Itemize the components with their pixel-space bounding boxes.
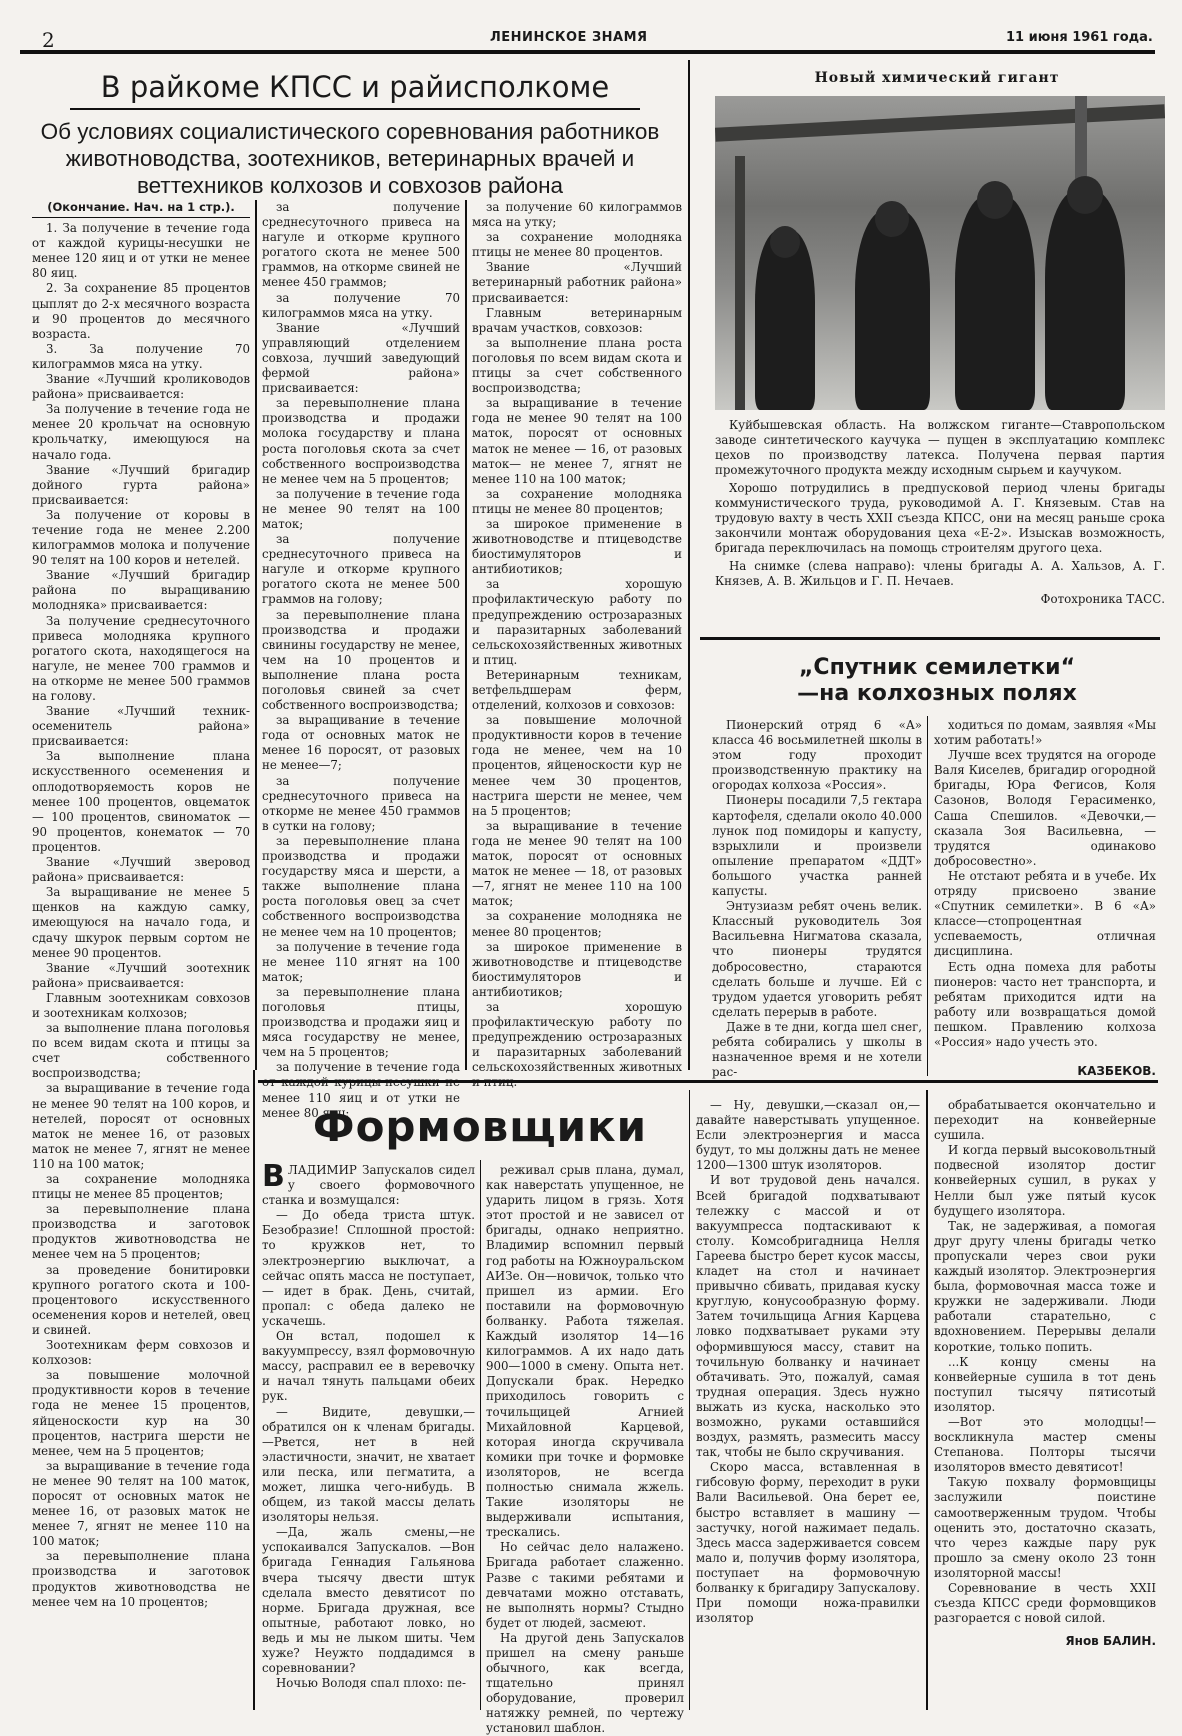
paragraph-list: за получение среднесуточного привеса на …	[262, 200, 460, 1121]
paragraph: За выращивание не менее 5 щенков на кажд…	[32, 885, 250, 960]
paragraph: за выполнение плана роста поголовья по в…	[472, 336, 682, 396]
masthead-rule	[20, 50, 1155, 54]
paragraph: за получение среднесуточного привеса на …	[262, 200, 460, 291]
paragraph: Звание «Лучший зоотехник района» присваи…	[32, 961, 250, 991]
paragraph: За получение в течение года не менее 20 …	[32, 402, 250, 462]
newspaper-name: ЛЕНИНСКОЕ ЗНАМЯ	[490, 30, 648, 45]
paragraph: И когда первый высоковольтный подвесной …	[934, 1143, 1156, 1218]
formovshchiki-column-4: обрабатывается окончательно и переходит …	[934, 1098, 1156, 1649]
paragraph-list: Пионерский отряд 6 «А» класса 46 восьмил…	[712, 718, 922, 1080]
paragraph-list: ЛАДИМИР Запускалов сидел у своего формов…	[262, 1163, 475, 1691]
paragraph: На другой день Запускалов пришел на смен…	[486, 1631, 684, 1736]
paragraph: Такую похвалу формовщицы заслужили поист…	[934, 1475, 1156, 1581]
paragraph: Звание «Лучший техник-осеменитель района…	[32, 704, 250, 749]
paragraph: Лучше всех трудятся на огороде Валя Кисе…	[934, 748, 1156, 869]
paragraph: обрабатывается окончательно и переходит …	[934, 1098, 1156, 1143]
kpss-column-1: (Окончание. Нач. на 1 стр.). 1. За получ…	[32, 200, 250, 1610]
paragraph: за перевыполнение плана производства и п…	[262, 608, 460, 714]
paragraph: Есть одна помеха для работы пионеров: ча…	[934, 960, 1156, 1051]
paragraph: за перевыполнение плана производства и з…	[32, 1549, 250, 1609]
section-rule	[258, 1080, 1158, 1083]
column-rule	[927, 716, 928, 1076]
paragraph: за широкое применение в животноводстве и…	[472, 940, 682, 1000]
paragraph: За получение среднесуточного привеса мол…	[32, 614, 250, 705]
paragraph: за сохранение молодняка птицы не менее 8…	[472, 487, 682, 517]
paragraph: Пионерский отряд 6 «А» класса 46 восьмил…	[712, 718, 922, 793]
paragraph: за сохранение молодняка птицы не менее 8…	[472, 230, 682, 260]
paragraph: за хорошую профилактическую работу по пр…	[472, 1000, 682, 1091]
continuation-note: (Окончание. Нач. на 1 стр.).	[32, 200, 250, 218]
paragraph: Зоотехникам ферм совхозов и колхозов:	[32, 1338, 250, 1368]
paragraph: за получение 60 килограммов мяса на утку…	[472, 200, 682, 230]
paragraph: Звание «Лучший управляющий отделением со…	[262, 321, 460, 396]
paragraph: ходиться по домам, заявляя «Мы хотим раб…	[934, 718, 1156, 748]
news-photo	[715, 96, 1165, 410]
paragraph: Звание «Лучший кролиководов района» прис…	[32, 372, 250, 402]
photo-caption: Куйбышевская область. На волжском гигант…	[715, 418, 1165, 607]
paragraph: Но сейчас дело налажено. Бригада работае…	[486, 1540, 684, 1631]
paragraph: Так, не задерживая, а помогая друг другу…	[934, 1219, 1156, 1355]
paragraph: за перевыполнение плана производства и п…	[262, 834, 460, 940]
paragraph: Хорошо потрудились в предпусковой период…	[715, 481, 1165, 556]
paragraph: за широкое применение в животноводстве и…	[472, 517, 682, 577]
paragraph: Энтузиазм ребят очень велик. Классный ру…	[712, 899, 922, 1020]
formovshchiki-column-2: реживал срыв плана, думал, как наверстат…	[486, 1163, 684, 1736]
photo-headline: Новый химический гигант	[712, 70, 1162, 86]
paragraph: 2. За сохранение 85 процентов цыплят до …	[32, 281, 250, 341]
paragraph: за выращивание в течение года от основны…	[262, 713, 460, 773]
sputnik-column-1: Пионерский отряд 6 «А» класса 46 восьмил…	[712, 718, 922, 1080]
paragraph-list: 1. За получение в течение года от каждой…	[32, 221, 250, 1610]
formovshchiki-headline: Формовщики	[310, 1102, 650, 1151]
paragraph: за выполнение плана поголовья по всем ви…	[32, 1021, 250, 1081]
kpss-column-2: за получение среднесуточного привеса на …	[262, 200, 460, 1121]
paragraph: Не отстают ребята и в учебе. Их отряду п…	[934, 869, 1156, 960]
sputnik-headline: „Спутник семилетки“ —на колхозных полях	[712, 655, 1162, 707]
kpss-column-3: за получение 60 килограммов мяса на утку…	[472, 200, 682, 1091]
paragraph: за проведение бонитировки крупного рогат…	[32, 1263, 250, 1338]
paragraph: за сохранение молодняка птицы не менее 8…	[32, 1172, 250, 1202]
sputnik-column-2: ходиться по домам, заявляя «Мы хотим раб…	[934, 718, 1156, 1079]
paragraph: 1. За получение в течение года от каждой…	[32, 221, 250, 281]
headline-line: „Спутник семилетки“	[712, 655, 1162, 681]
caption-paragraphs: Куйбышевская область. На волжском гигант…	[715, 418, 1165, 589]
paragraph: Звание «Лучший зверовод района» присваив…	[32, 855, 250, 885]
section-rule	[700, 637, 1160, 640]
paragraph: — Видите, девушки,—обратился он к членам…	[262, 1405, 475, 1526]
headline-line: —на колхозных полях	[712, 681, 1162, 707]
rubric-title: В райкоме КПСС и райисполкоме	[70, 70, 640, 110]
column-rule	[480, 1160, 481, 1710]
paragraph: Он встал, подошел к вакуумпрессу, взял ф…	[262, 1329, 475, 1404]
paragraph: Ночью Володя спал плохо: пе-	[262, 1676, 475, 1691]
paragraph: Главным ветеринарным врачам участков, со…	[472, 306, 682, 336]
paragraph: за повышение молочной продуктивности кор…	[472, 713, 682, 819]
paragraph: за выращивание в течение года не менее 9…	[32, 1459, 250, 1550]
page-number: 2	[42, 28, 55, 52]
paragraph: Скоро масса, вставленная в гибсовую форм…	[696, 1460, 920, 1626]
formovshchiki-column-3: — Ну, девушки,—сказал он,— давайте навер…	[696, 1098, 920, 1626]
paragraph: На снимке (слева направо): члены бригады…	[715, 559, 1165, 589]
paragraph: 3. За получение 70 килограммов мяса на у…	[32, 342, 250, 372]
paragraph: Соревнование в честь XXII съезда КПСС ср…	[934, 1581, 1156, 1626]
paragraph-list: — Ну, девушки,—сказал он,— давайте навер…	[696, 1098, 920, 1626]
paragraph-list: реживал срыв плана, думал, как наверстат…	[486, 1163, 684, 1736]
paragraph: Куйбышевская область. На волжском гигант…	[715, 418, 1165, 478]
paragraph: И вот трудовой день начался. Всей бригад…	[696, 1173, 920, 1460]
paragraph: за получение среднесуточного привеса на …	[262, 532, 460, 607]
paragraph: Даже в те дни, когда шел снег, ребята со…	[712, 1020, 922, 1080]
column-rule	[465, 200, 467, 1070]
paragraph: за сохранение молодняка не менее 80 проц…	[472, 909, 682, 939]
paragraph: за перевыполнение плана поголовья птицы,…	[262, 985, 460, 1060]
paragraph: —Да, жаль смены,—не успокаивался Запуска…	[262, 1525, 475, 1676]
paragraph: За выполнение плана искусственного осеме…	[32, 749, 250, 855]
paragraph: за выращивание в течение года не менее 9…	[32, 1081, 250, 1172]
paragraph: Пионеры посадили 7,5 гектара картофеля, …	[712, 793, 922, 899]
paragraph: ...К концу смены на конвейерные сушила в…	[934, 1355, 1156, 1415]
paragraph: За получение от коровы в течение года не…	[32, 508, 250, 568]
column-rule	[253, 1070, 255, 1710]
paragraph: за получение в течение года не менее 90 …	[262, 487, 460, 532]
paragraph: за выращивание в течение года не менее 9…	[472, 396, 682, 487]
formovshchiki-column-1: В ЛАДИМИР Запускалов сидел у своего форм…	[262, 1163, 475, 1691]
column-rule	[689, 1090, 690, 1710]
article-headline: Об условиях социалистического соревнован…	[25, 118, 675, 199]
paragraph: реживал срыв плана, думал, как наверстат…	[486, 1163, 684, 1540]
column-rule	[688, 60, 690, 1070]
paragraph: Главным зоотехникам совхозов и зоотехник…	[32, 991, 250, 1021]
paragraph: Ветеринарным техникам, ветфельдшерам фер…	[472, 668, 682, 713]
author-signature: Янов БАЛИН.	[934, 1634, 1156, 1649]
author-signature: КАЗБЕКОВ.	[934, 1064, 1156, 1079]
paragraph: за хорошую профилактическую работу по пр…	[472, 577, 682, 668]
paragraph: — До обеда триста штук. Безобразие! Спло…	[262, 1208, 475, 1329]
paragraph: ЛАДИМИР Запускалов сидел у своего формов…	[262, 1163, 475, 1208]
paragraph: за повышение молочной продуктивности кор…	[32, 1368, 250, 1459]
paragraph-list: ходиться по домам, заявляя «Мы хотим раб…	[934, 718, 1156, 1050]
paragraph: за получение среднесуточного привеса на …	[262, 774, 460, 834]
issue-date: 11 июня 1961 года.	[1006, 30, 1153, 45]
drop-cap: В	[262, 1163, 285, 1191]
paragraph: за выращивание в течение года не менее 9…	[472, 819, 682, 910]
paragraph-list: за получение 60 килограммов мяса на утку…	[472, 200, 682, 1091]
column-rule	[926, 1090, 928, 1710]
paragraph: за получение в течение года не менее 110…	[262, 940, 460, 985]
photo-credit: Фотохроника ТАСС.	[715, 592, 1165, 607]
column-rule	[255, 200, 257, 1070]
paragraph: за получение 70 килограммов мяса на утку…	[262, 291, 460, 321]
paragraph-list: обрабатывается окончательно и переходит …	[934, 1098, 1156, 1626]
paragraph: за перевыполнение плана производства и п…	[262, 396, 460, 487]
paragraph: Звание «Лучший ветеринарный работник рай…	[472, 260, 682, 305]
paragraph: Звание «Лучший бригадир дойного гурта ра…	[32, 463, 250, 508]
paragraph: —Вот это молодцы!—воскликнула мастер сме…	[934, 1415, 1156, 1475]
paragraph: — Ну, девушки,—сказал он,— давайте навер…	[696, 1098, 920, 1173]
paragraph: за перевыполнение плана производства и з…	[32, 1202, 250, 1262]
paragraph: Звание «Лучший бригадир района по выращи…	[32, 568, 250, 613]
